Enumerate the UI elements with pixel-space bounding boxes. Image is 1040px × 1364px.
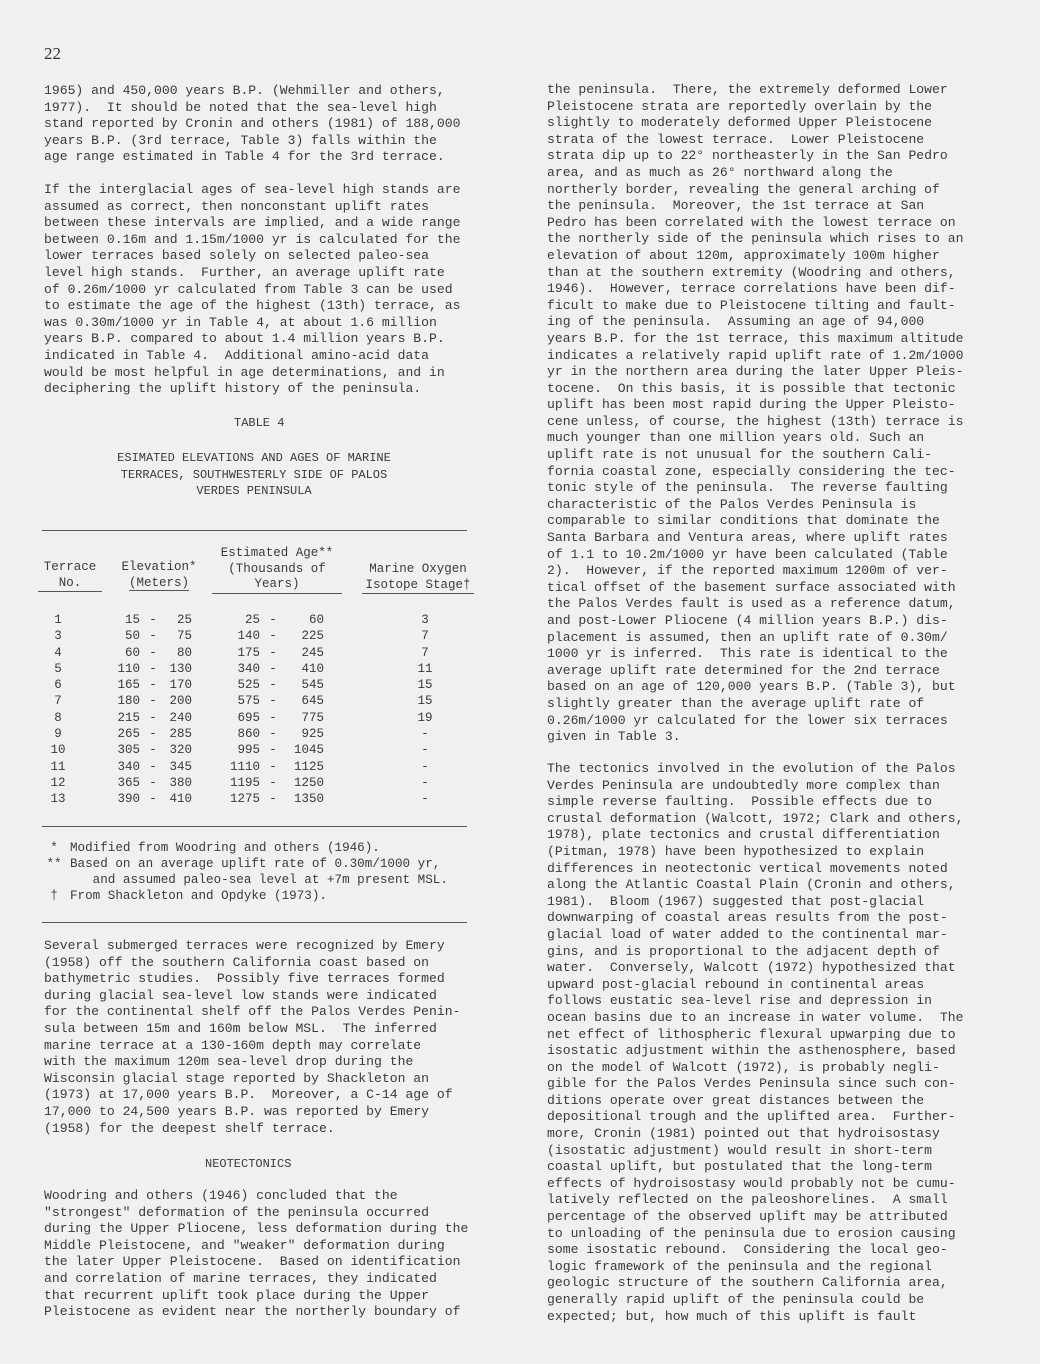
age-min: 860 bbox=[220, 726, 260, 742]
terrace-number: 8 bbox=[40, 710, 76, 726]
range-dash: - bbox=[266, 742, 280, 758]
range-dash: - bbox=[146, 759, 160, 775]
text-line: bathymetric studies. Possibly five terra… bbox=[44, 971, 504, 988]
header-text: (Meters) bbox=[129, 576, 189, 591]
text-line: 1000 yr is inferred. This rate is identi… bbox=[547, 646, 1017, 663]
text-line: Several submerged terraces were recogniz… bbox=[44, 938, 504, 955]
text-line: and correlation of marine terraces, they… bbox=[44, 1271, 504, 1288]
text-line: follows eustatic sea-level rise and depr… bbox=[547, 993, 1017, 1010]
text-line: logic framework of the peninsula and the… bbox=[547, 1259, 1017, 1276]
terrace-number: 6 bbox=[40, 677, 76, 693]
text-line: upward post-glacial rebound in continent… bbox=[547, 977, 1017, 994]
text-line: level high stands. Further, an average u… bbox=[44, 265, 504, 282]
text-line: the peninsula. Moreover, the 1st terrace… bbox=[547, 198, 1017, 215]
text-line: (1958) off the southern California coast… bbox=[44, 955, 504, 972]
text-line: gible for the Palos Verdes Peninsula sin… bbox=[547, 1076, 1017, 1093]
elevation-min: 265 bbox=[110, 726, 140, 742]
elevation-max: 345 bbox=[162, 759, 192, 775]
age-max: 1125 bbox=[284, 759, 324, 775]
age-max: 225 bbox=[284, 628, 324, 644]
paragraph: the peninsula. There, the extremely defo… bbox=[547, 82, 1017, 746]
text-line: uplift has been most rapid during the Up… bbox=[547, 397, 1017, 414]
terrace-number: 4 bbox=[40, 645, 76, 661]
text-line: (Pitman, 1978) have been hypothesized to… bbox=[547, 844, 1017, 861]
elevation-min: 50 bbox=[110, 628, 140, 644]
text-line: Pleistocene strata are reportedly overla… bbox=[547, 99, 1017, 116]
terrace-number: 12 bbox=[40, 775, 76, 791]
text-line: Middle Pleistocene, and "weaker" deforma… bbox=[44, 1238, 504, 1255]
age-min: 340 bbox=[220, 661, 260, 677]
isotope-stage: 19 bbox=[405, 710, 445, 726]
text-line: 1946). However, terrace correlations hav… bbox=[547, 281, 1017, 298]
range-dash: - bbox=[146, 791, 160, 807]
text-line: comparable to similar conditions that do… bbox=[547, 513, 1017, 530]
text-line: given in Table 3. bbox=[547, 729, 1017, 746]
isotope-stage: 7 bbox=[405, 628, 445, 644]
text-line: of 0.26m/1000 yr calculated from Table 3… bbox=[44, 282, 504, 299]
text-line: for the continental shelf off the Palos … bbox=[44, 1004, 504, 1021]
table-caption: ESIMATED ELEVATIONS AND AGES OF MARINETE… bbox=[44, 450, 464, 500]
paragraph: The tectonics involved in the evolution … bbox=[547, 761, 1017, 1325]
footnote-text: and assumed paleo-sea level at +7m prese… bbox=[70, 873, 448, 887]
text-line: water. Conversely, Walcott (1972) hypoth… bbox=[547, 960, 1017, 977]
elevation-min: 340 bbox=[110, 759, 140, 775]
range-dash: - bbox=[146, 693, 160, 709]
text-line: during the Upper Pliocene, less deformat… bbox=[44, 1221, 504, 1238]
text-line: area, and as much as 26° northward along… bbox=[547, 165, 1017, 182]
range-dash: - bbox=[266, 645, 280, 661]
terrace-number: 3 bbox=[40, 628, 76, 644]
text-line: the peninsula. There, the extremely defo… bbox=[547, 82, 1017, 99]
text-line: crustal deformation (Walcott, 1972; Clar… bbox=[547, 811, 1017, 828]
range-dash: - bbox=[266, 791, 280, 807]
range-dash: - bbox=[266, 710, 280, 726]
elevation-min: 60 bbox=[110, 645, 140, 661]
header-isotope: Marine Oxygen Isotope Stage† bbox=[362, 562, 474, 594]
footnote: and assumed paleo-sea level at +7m prese… bbox=[44, 872, 448, 888]
text-line: (1958) for the deepest shelf terrace. bbox=[44, 1121, 504, 1138]
text-line: 2). However, if the reported maximum 120… bbox=[547, 563, 1017, 580]
text-line: that recurrent uplift took place during … bbox=[44, 1288, 504, 1305]
elevation-min: 215 bbox=[110, 710, 140, 726]
text-line: sula between 15m and 160m below MSL. The… bbox=[44, 1021, 504, 1038]
text-line: Pleistocene as evident near the northerl… bbox=[44, 1304, 504, 1321]
text-line: fornia coastal zone, especially consider… bbox=[547, 464, 1017, 481]
range-dash: - bbox=[146, 645, 160, 661]
text-line: age range estimated in Table 4 for the 3… bbox=[44, 149, 504, 166]
text-line: TERRACES, SOUTHWESTERLY SIDE OF PALOS bbox=[44, 467, 464, 484]
text-line: the Palos Verdes fault is used as a refe… bbox=[547, 596, 1017, 613]
isotope-stage: - bbox=[405, 726, 445, 742]
text-line: the northerly side of the peninsula whic… bbox=[547, 231, 1017, 248]
text-line: the later Upper Pleistocene. Based on id… bbox=[44, 1254, 504, 1271]
text-line: (isostatic adjustment) would result in s… bbox=[547, 1143, 1017, 1160]
text-line: years B.P. for the 1st terrace, this max… bbox=[547, 331, 1017, 348]
text-line: geologic structure of the southern Calif… bbox=[547, 1275, 1017, 1292]
text-line: 1978), plate tectonics and crustal diffe… bbox=[547, 827, 1017, 844]
header-text: Estimated Age** bbox=[212, 546, 342, 562]
elevation-max: 285 bbox=[162, 726, 192, 742]
text-line: 0.26m/1000 yr calculated for the lower s… bbox=[547, 713, 1017, 730]
range-dash: - bbox=[266, 726, 280, 742]
range-dash: - bbox=[266, 759, 280, 775]
footnote-mark: † bbox=[44, 888, 64, 904]
text-line: 1981). Bloom (1967) suggested that post-… bbox=[547, 894, 1017, 911]
range-dash: - bbox=[146, 726, 160, 742]
elevation-max: 200 bbox=[162, 693, 192, 709]
text-line: to unloading of the peninsula due to ero… bbox=[547, 1226, 1017, 1243]
text-line: yr in the northern area during the later… bbox=[547, 364, 1017, 381]
text-line: gins, and is proportional to the adjacen… bbox=[547, 944, 1017, 961]
text-line: differences in neotectonic vertical move… bbox=[547, 861, 1017, 878]
text-line: expected; but, how much of this uplift i… bbox=[547, 1309, 1017, 1326]
text-line: uplift rate is not unusual for the south… bbox=[547, 447, 1017, 464]
range-dash: - bbox=[146, 775, 160, 791]
paragraph: Several submerged terraces were recogniz… bbox=[44, 938, 504, 1137]
text-line: slightly to moderately deformed Upper Pl… bbox=[547, 115, 1017, 132]
range-dash: - bbox=[266, 775, 280, 791]
terrace-number: 5 bbox=[40, 661, 76, 677]
text-line: latively reflected on the paleoshoreline… bbox=[547, 1192, 1017, 1209]
text-line: coastal uplift, but postulated that the … bbox=[547, 1159, 1017, 1176]
isotope-stage: 15 bbox=[405, 693, 445, 709]
text-line: cene unless, of course, the highest (13t… bbox=[547, 414, 1017, 431]
range-dash: - bbox=[266, 612, 280, 628]
header-text: Elevation* bbox=[112, 560, 206, 576]
text-line: to estimate the age of the highest (13th… bbox=[44, 298, 504, 315]
text-line: ing of the peninsula. Assuming an age of… bbox=[547, 314, 1017, 331]
age-min: 175 bbox=[220, 645, 260, 661]
text-line: ditions operate over great distances bet… bbox=[547, 1093, 1017, 1110]
range-dash: - bbox=[146, 628, 160, 644]
text-line: Verdes Peninsula are undoubtedly more co… bbox=[547, 778, 1017, 795]
isotope-stage: 3 bbox=[405, 612, 445, 628]
terrace-number: 7 bbox=[40, 693, 76, 709]
text-line: net effect of lithospheric flexural upwa… bbox=[547, 1027, 1017, 1044]
range-dash: - bbox=[146, 710, 160, 726]
isotope-stage: - bbox=[405, 759, 445, 775]
text-line: placement is assumed, then an uplift rat… bbox=[547, 630, 1017, 647]
age-max: 1045 bbox=[284, 742, 324, 758]
text-line: 17,000 to 24,500 years B.P. was reported… bbox=[44, 1104, 504, 1121]
text-line: characteristic of the Palos Verdes Penin… bbox=[547, 497, 1017, 514]
age-min: 25 bbox=[220, 612, 260, 628]
text-line: "strongest" deformation of the peninsula… bbox=[44, 1205, 504, 1222]
isotope-stage: - bbox=[405, 742, 445, 758]
terrace-number: 11 bbox=[40, 759, 76, 775]
range-dash: - bbox=[266, 693, 280, 709]
age-min: 140 bbox=[220, 628, 260, 644]
text-line: 1965) and 450,000 years B.P. (Wehmiller … bbox=[44, 83, 504, 100]
age-max: 925 bbox=[284, 726, 324, 742]
text-line: VERDES PENINSULA bbox=[44, 483, 464, 500]
text-line: ocean basins due to an increase in water… bbox=[547, 1010, 1017, 1027]
header-text: Years) bbox=[212, 577, 342, 594]
text-line: Pedro has been correlated with the lowes… bbox=[547, 215, 1017, 232]
text-line: than at the southern extremity (Woodring… bbox=[547, 265, 1017, 282]
page-number: 22 bbox=[44, 44, 61, 64]
elevation-max: 25 bbox=[162, 612, 192, 628]
elevation-min: 390 bbox=[110, 791, 140, 807]
age-max: 1250 bbox=[284, 775, 324, 791]
age-max: 545 bbox=[284, 677, 324, 693]
age-min: 995 bbox=[220, 742, 260, 758]
text-line: effects of hydroisostasy would probably … bbox=[547, 1176, 1017, 1193]
text-line: downwarping of coastal areas results fro… bbox=[547, 910, 1017, 927]
age-max: 1350 bbox=[284, 791, 324, 807]
age-max: 775 bbox=[284, 710, 324, 726]
elevation-max: 130 bbox=[162, 661, 192, 677]
footnote-text: Modified from Woodring and others (1946)… bbox=[70, 841, 380, 855]
footnote-mark: ** bbox=[44, 856, 64, 872]
range-dash: - bbox=[146, 742, 160, 758]
text-line: generally rapid uplift of the peninsula … bbox=[547, 1292, 1017, 1309]
age-min: 525 bbox=[220, 677, 260, 693]
text-line: simple reverse faulting. Possible effect… bbox=[547, 794, 1017, 811]
table-top-rule bbox=[42, 530, 467, 531]
header-age: Estimated Age** (Thousands of Years) bbox=[212, 546, 342, 594]
elevation-max: 240 bbox=[162, 710, 192, 726]
age-min: 1195 bbox=[220, 775, 260, 791]
isotope-stage: 7 bbox=[405, 645, 445, 661]
text-line: between 0.16m and 1.15m/1000 yr is calcu… bbox=[44, 232, 504, 249]
text-line: The tectonics involved in the evolution … bbox=[547, 761, 1017, 778]
elevation-min: 365 bbox=[110, 775, 140, 791]
header-text: No. bbox=[38, 576, 102, 593]
header-text: Isotope Stage† bbox=[362, 578, 474, 595]
text-line: was 0.30m/1000 yr in Table 4, at about 1… bbox=[44, 315, 504, 332]
text-line: If the interglacial ages of sea-level hi… bbox=[44, 182, 504, 199]
range-dash: - bbox=[146, 677, 160, 693]
text-line: ESIMATED ELEVATIONS AND AGES OF MARINE bbox=[44, 450, 464, 467]
text-line: during glacial sea-level low stands were… bbox=[44, 988, 504, 1005]
footnote: **Based on an average uplift rate of 0.3… bbox=[44, 856, 448, 872]
text-line: more, Cronin (1981) pointed out that hyd… bbox=[547, 1126, 1017, 1143]
elevation-max: 380 bbox=[162, 775, 192, 791]
paragraph: If the interglacial ages of sea-level hi… bbox=[44, 182, 504, 398]
text-line: 1977). It should be noted that the sea-l… bbox=[44, 100, 504, 117]
text-line: marine terrace at a 130-160m depth may c… bbox=[44, 1038, 504, 1055]
text-line: much younger than one million years old.… bbox=[547, 430, 1017, 447]
text-line: would be most helpful in age determinati… bbox=[44, 365, 504, 382]
elevation-max: 170 bbox=[162, 677, 192, 693]
isotope-stage: - bbox=[405, 791, 445, 807]
text-line: of 1.1 to 10.2m/1000 yr have been calcul… bbox=[547, 547, 1017, 564]
terrace-number: 13 bbox=[40, 791, 76, 807]
table-title: TABLE 4 bbox=[234, 416, 284, 430]
text-line: average uplift rate determined for the 2… bbox=[547, 663, 1017, 680]
paragraph: 1965) and 450,000 years B.P. (Wehmiller … bbox=[44, 83, 504, 166]
age-max: 60 bbox=[284, 612, 324, 628]
age-min: 1275 bbox=[220, 791, 260, 807]
text-line: tical offset of the basement surface ass… bbox=[547, 580, 1017, 597]
text-line: between these intervals are implied, and… bbox=[44, 215, 504, 232]
age-min: 695 bbox=[220, 710, 260, 726]
range-dash: - bbox=[146, 661, 160, 677]
text-line: based on an age of 120,000 years B.P. (T… bbox=[547, 679, 1017, 696]
elevation-max: 75 bbox=[162, 628, 192, 644]
terrace-number: 1 bbox=[40, 612, 76, 628]
text-line: (1973) at 17,000 years B.P. Moreover, a … bbox=[44, 1087, 504, 1104]
elevation-min: 305 bbox=[110, 742, 140, 758]
footnote-text: From Shackleton and Opdyke (1973). bbox=[70, 889, 327, 903]
text-line: strata dip up to 22° northeasterly in th… bbox=[547, 148, 1017, 165]
age-max: 645 bbox=[284, 693, 324, 709]
text-line: with the maximum 120m sea-level drop dur… bbox=[44, 1054, 504, 1071]
elevation-min: 165 bbox=[110, 677, 140, 693]
text-line: years B.P. compared to about 1.4 million… bbox=[44, 331, 504, 348]
range-dash: - bbox=[266, 661, 280, 677]
text-line: strata of the lowest terrace. Lower Plei… bbox=[547, 132, 1017, 149]
elevation-min: 15 bbox=[110, 612, 140, 628]
range-dash: - bbox=[146, 612, 160, 628]
table-bottom-rule bbox=[42, 826, 467, 827]
text-line: ficult to make due to Pleistocene tiltin… bbox=[547, 298, 1017, 315]
footnote-text: Based on an average uplift rate of 0.30m… bbox=[70, 857, 440, 871]
age-max: 245 bbox=[284, 645, 324, 661]
text-line: along the Atlantic Coastal Plain (Cronin… bbox=[547, 877, 1017, 894]
header-terrace: Terrace No. bbox=[38, 560, 102, 592]
text-line: stand reported by Cronin and others (198… bbox=[44, 116, 504, 133]
elevation-max: 410 bbox=[162, 791, 192, 807]
elevation-max: 80 bbox=[162, 645, 192, 661]
text-line: isostatic adjustment within the asthenos… bbox=[547, 1043, 1017, 1060]
text-line: Wisconsin glacial stage reported by Shac… bbox=[44, 1071, 504, 1088]
header-text: Marine Oxygen bbox=[362, 562, 474, 578]
text-line: years B.P. (3rd terrace, Table 3) falls … bbox=[44, 133, 504, 150]
header-text: (Thousands of bbox=[212, 562, 342, 578]
header-elevation: Elevation* (Meters) bbox=[112, 560, 206, 591]
text-line: percentage of the observed uplift may be… bbox=[547, 1209, 1017, 1226]
terrace-number: 10 bbox=[40, 742, 76, 758]
text-line: tocene. On this basis, it is possible th… bbox=[547, 381, 1017, 398]
text-line: elevation of about 120m, approximately 1… bbox=[547, 248, 1017, 265]
age-min: 575 bbox=[220, 693, 260, 709]
text-line: slightly greater than the average uplift… bbox=[547, 696, 1017, 713]
section-heading: NEOTECTONICS bbox=[205, 1157, 291, 1171]
isotope-stage: - bbox=[405, 775, 445, 791]
paragraph: Woodring and others (1946) concluded tha… bbox=[44, 1188, 504, 1321]
range-dash: - bbox=[266, 628, 280, 644]
footnotes-rule bbox=[42, 922, 467, 923]
isotope-stage: 15 bbox=[405, 677, 445, 693]
range-dash: - bbox=[266, 677, 280, 693]
header-text: Terrace bbox=[38, 560, 102, 576]
elevation-min: 110 bbox=[110, 661, 140, 677]
text-line: some isostatic rebound. Considering the … bbox=[547, 1242, 1017, 1259]
text-line: and post-Lower Pliocene (4 million years… bbox=[547, 613, 1017, 630]
text-line: indicates a relatively rapid uplift rate… bbox=[547, 348, 1017, 365]
terrace-number: 9 bbox=[40, 726, 76, 742]
text-line: Santa Barbara and Ventura areas, where u… bbox=[547, 530, 1017, 547]
text-line: tonic style of the peninsula. The revers… bbox=[547, 480, 1017, 497]
footnote-mark: * bbox=[44, 840, 64, 856]
text-line: indicated in Table 4. Additional amino-a… bbox=[44, 348, 504, 365]
text-line: northerly border, revealing the general … bbox=[547, 182, 1017, 199]
table-footnotes: *Modified from Woodring and others (1946… bbox=[44, 840, 448, 904]
isotope-stage: 11 bbox=[405, 661, 445, 677]
text-line: on the model of Walcott (1972), is proba… bbox=[547, 1060, 1017, 1077]
age-min: 1110 bbox=[220, 759, 260, 775]
text-line: lower terraces based solely on selected … bbox=[44, 248, 504, 265]
text-line: deciphering the uplift history of the pe… bbox=[44, 381, 504, 398]
footnote: †From Shackleton and Opdyke (1973). bbox=[44, 888, 448, 904]
text-line: Woodring and others (1946) concluded tha… bbox=[44, 1188, 504, 1205]
elevation-max: 320 bbox=[162, 742, 192, 758]
text-line: assumed as correct, then nonconstant upl… bbox=[44, 199, 504, 216]
text-line: depositional trough and the uplifted are… bbox=[547, 1109, 1017, 1126]
age-max: 410 bbox=[284, 661, 324, 677]
text-line: glacial load of water added to the conti… bbox=[547, 927, 1017, 944]
elevation-min: 180 bbox=[110, 693, 140, 709]
footnote: *Modified from Woodring and others (1946… bbox=[44, 840, 448, 856]
